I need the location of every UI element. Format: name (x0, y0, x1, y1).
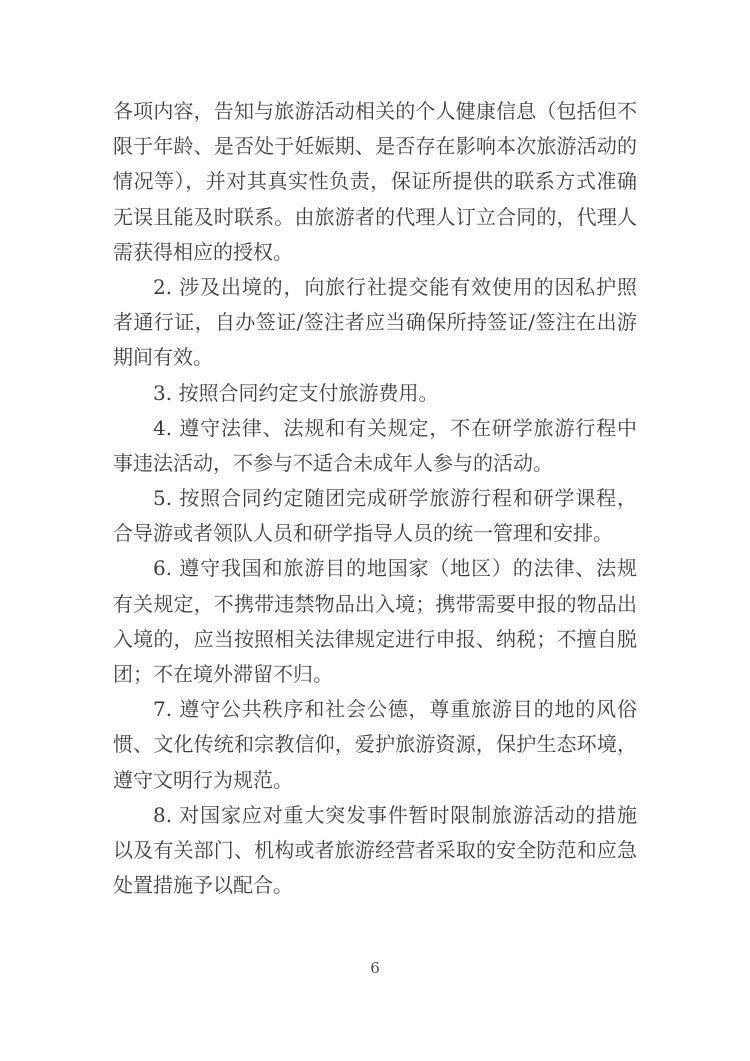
paragraph: 6. 遵守我国和旅游目的地国家（地区）的法律、法规和有关规定，不携带违禁物品出入… (113, 551, 637, 692)
text-line: 7. 遵守公共秩序和社会公德，尊重旅游目的地的风俗习 (113, 692, 637, 727)
document-body: 各项内容，告知与旅游活动相关的个人健康信息（包括但不限于年龄、是否处于妊娠期、是… (113, 94, 637, 903)
text-line: 期间有效。 (113, 340, 637, 375)
page-number: 6 (0, 959, 750, 977)
paragraph: 2. 涉及出境的，向旅行社提交能有效使用的因私护照或者通行证，自办签证/签注者应… (113, 270, 637, 376)
text-line: 入境的，应当按照相关法律规定进行申报、纳税；不擅自脱 (113, 622, 637, 657)
text-line: 8. 对国家应对重大突发事件暂时限制旅游活动的措施 (113, 798, 637, 833)
text-line: 限于年龄、是否处于妊娠期、是否存在影响本次旅游活动的 (113, 129, 637, 164)
text-line: 6. 遵守我国和旅游目的地国家（地区）的法律、法规和 (113, 551, 637, 586)
paragraph: 8. 对国家应对重大突发事件暂时限制旅游活动的措施以及有关部门、机构或者旅游经营… (113, 798, 637, 904)
text-line: 合导游或者领队人员和研学指导人员的统一管理和安排。 (113, 516, 637, 551)
text-line: 无误且能及时联系。由旅游者的代理人订立合同的，代理人 (113, 200, 637, 235)
text-line: 各项内容，告知与旅游活动相关的个人健康信息（包括但不 (113, 94, 637, 129)
paragraph: 7. 遵守公共秩序和社会公德，尊重旅游目的地的风俗习惯、文化传统和宗教信仰，爱护… (113, 692, 637, 798)
text-line: 遵守文明行为规范。 (113, 763, 637, 798)
text-line: 4. 遵守法律、法规和有关规定，不在研学旅游行程中从 (113, 411, 637, 446)
paragraph: 3. 按照合同约定支付旅游费用。 (113, 376, 637, 411)
text-line: 以及有关部门、机构或者旅游经营者采取的安全防范和应急 (113, 833, 637, 868)
text-line: 处置措施予以配合。 (113, 868, 637, 903)
paragraph: 各项内容，告知与旅游活动相关的个人健康信息（包括但不限于年龄、是否处于妊娠期、是… (113, 94, 637, 270)
text-line: 情况等），并对其真实性负责，保证所提供的联系方式准确 (113, 164, 637, 199)
text-line: 有关规定，不携带违禁物品出入境；携带需要申报的物品出 (113, 587, 637, 622)
text-line: 2. 涉及出境的，向旅行社提交能有效使用的因私护照或 (113, 270, 637, 305)
text-line: 需获得相应的授权。 (113, 235, 637, 270)
text-line: 惯、文化传统和宗教信仰，爱护旅游资源，保护生态环境， (113, 727, 637, 762)
paragraph: 5. 按照合同约定随团完成研学旅游行程和研学课程，配合导游或者领队人员和研学指导… (113, 481, 637, 551)
text-line: 5. 按照合同约定随团完成研学旅游行程和研学课程，配 (113, 481, 637, 516)
paragraph: 4. 遵守法律、法规和有关规定，不在研学旅游行程中从事违法活动，不参与不适合未成… (113, 411, 637, 481)
text-line: 团；不在境外滞留不归。 (113, 657, 637, 692)
document-page: 各项内容，告知与旅游活动相关的个人健康信息（包括但不限于年龄、是否处于妊娠期、是… (0, 0, 750, 1061)
text-line: 者通行证，自办签证/签注者应当确保所持签证/签注在出游 (113, 305, 637, 340)
text-line: 事违法活动，不参与不适合未成年人参与的活动。 (113, 446, 637, 481)
text-line: 3. 按照合同约定支付旅游费用。 (113, 376, 637, 411)
